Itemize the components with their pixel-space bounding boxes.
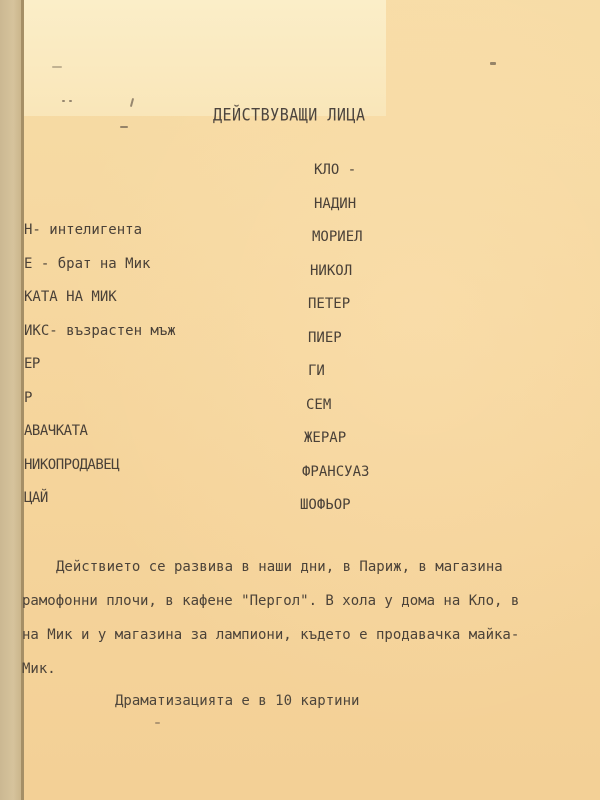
binding-strip [0,0,22,800]
cast-name: НАДИН [300,194,369,228]
cast-name: ГИ [300,361,369,395]
cast-entry: КАТА НА МИК [24,287,176,321]
ink-speck [120,126,128,128]
scenes-note: Драматизацията е в 10 картини [115,693,359,709]
cast-name: МОРИЕЛ [300,227,369,261]
cast-list-right: КЛО - НАДИН МОРИЕЛ НИКОЛ ПЕТЕР ПИЕР ГИ С… [300,160,369,529]
cast-name: НИКОЛ [300,261,369,295]
cast-list-left: Н- интелигента Е - брат на Мик КАТА НА М… [24,220,176,522]
cast-entry: ЦАЙ [24,488,176,522]
cast-name: ЖЕРАР [300,428,369,462]
cast-entry: НИКОПРОДАВЕЦ [24,455,176,489]
ink-speck [69,100,72,102]
paragraph-line: на Мик и у магазина за лампиони, където … [22,618,592,652]
cast-name: ФРАНСУАЗ [300,462,369,496]
cast-name: ШОФЬОР [300,495,369,529]
ink-speck [62,100,65,102]
cast-name: ПИЕР [300,328,369,362]
cast-name: КЛО - [300,160,369,194]
cast-entry: ЕР [24,354,176,388]
cast-entry: ИКС- възрастен мъж [24,321,176,355]
page-title: ДЕЙСТВУВАЩИ ЛИЦА [213,105,366,125]
paragraph-line: рамофонни плочи, в кафене "Пергол". В хо… [22,584,592,618]
ink-speck [490,62,496,65]
paragraph-line: Мик. [22,652,592,686]
cast-entry: Н- интелигента [24,220,176,254]
setting-paragraph: Действието се развива в наши дни, в Пари… [22,550,592,686]
cast-name: СЕМ [300,395,369,429]
cast-entry: Р [24,388,176,422]
ink-speck [52,66,62,68]
paragraph-line: Действието се развива в наши дни, в Пари… [22,550,592,584]
faded-paper-patch [24,0,386,116]
cast-entry: Е - брат на Мик [24,254,176,288]
cast-entry: АВАЧКАТА [24,421,176,455]
cast-name: ПЕТЕР [300,294,369,328]
ink-speck [155,722,160,724]
